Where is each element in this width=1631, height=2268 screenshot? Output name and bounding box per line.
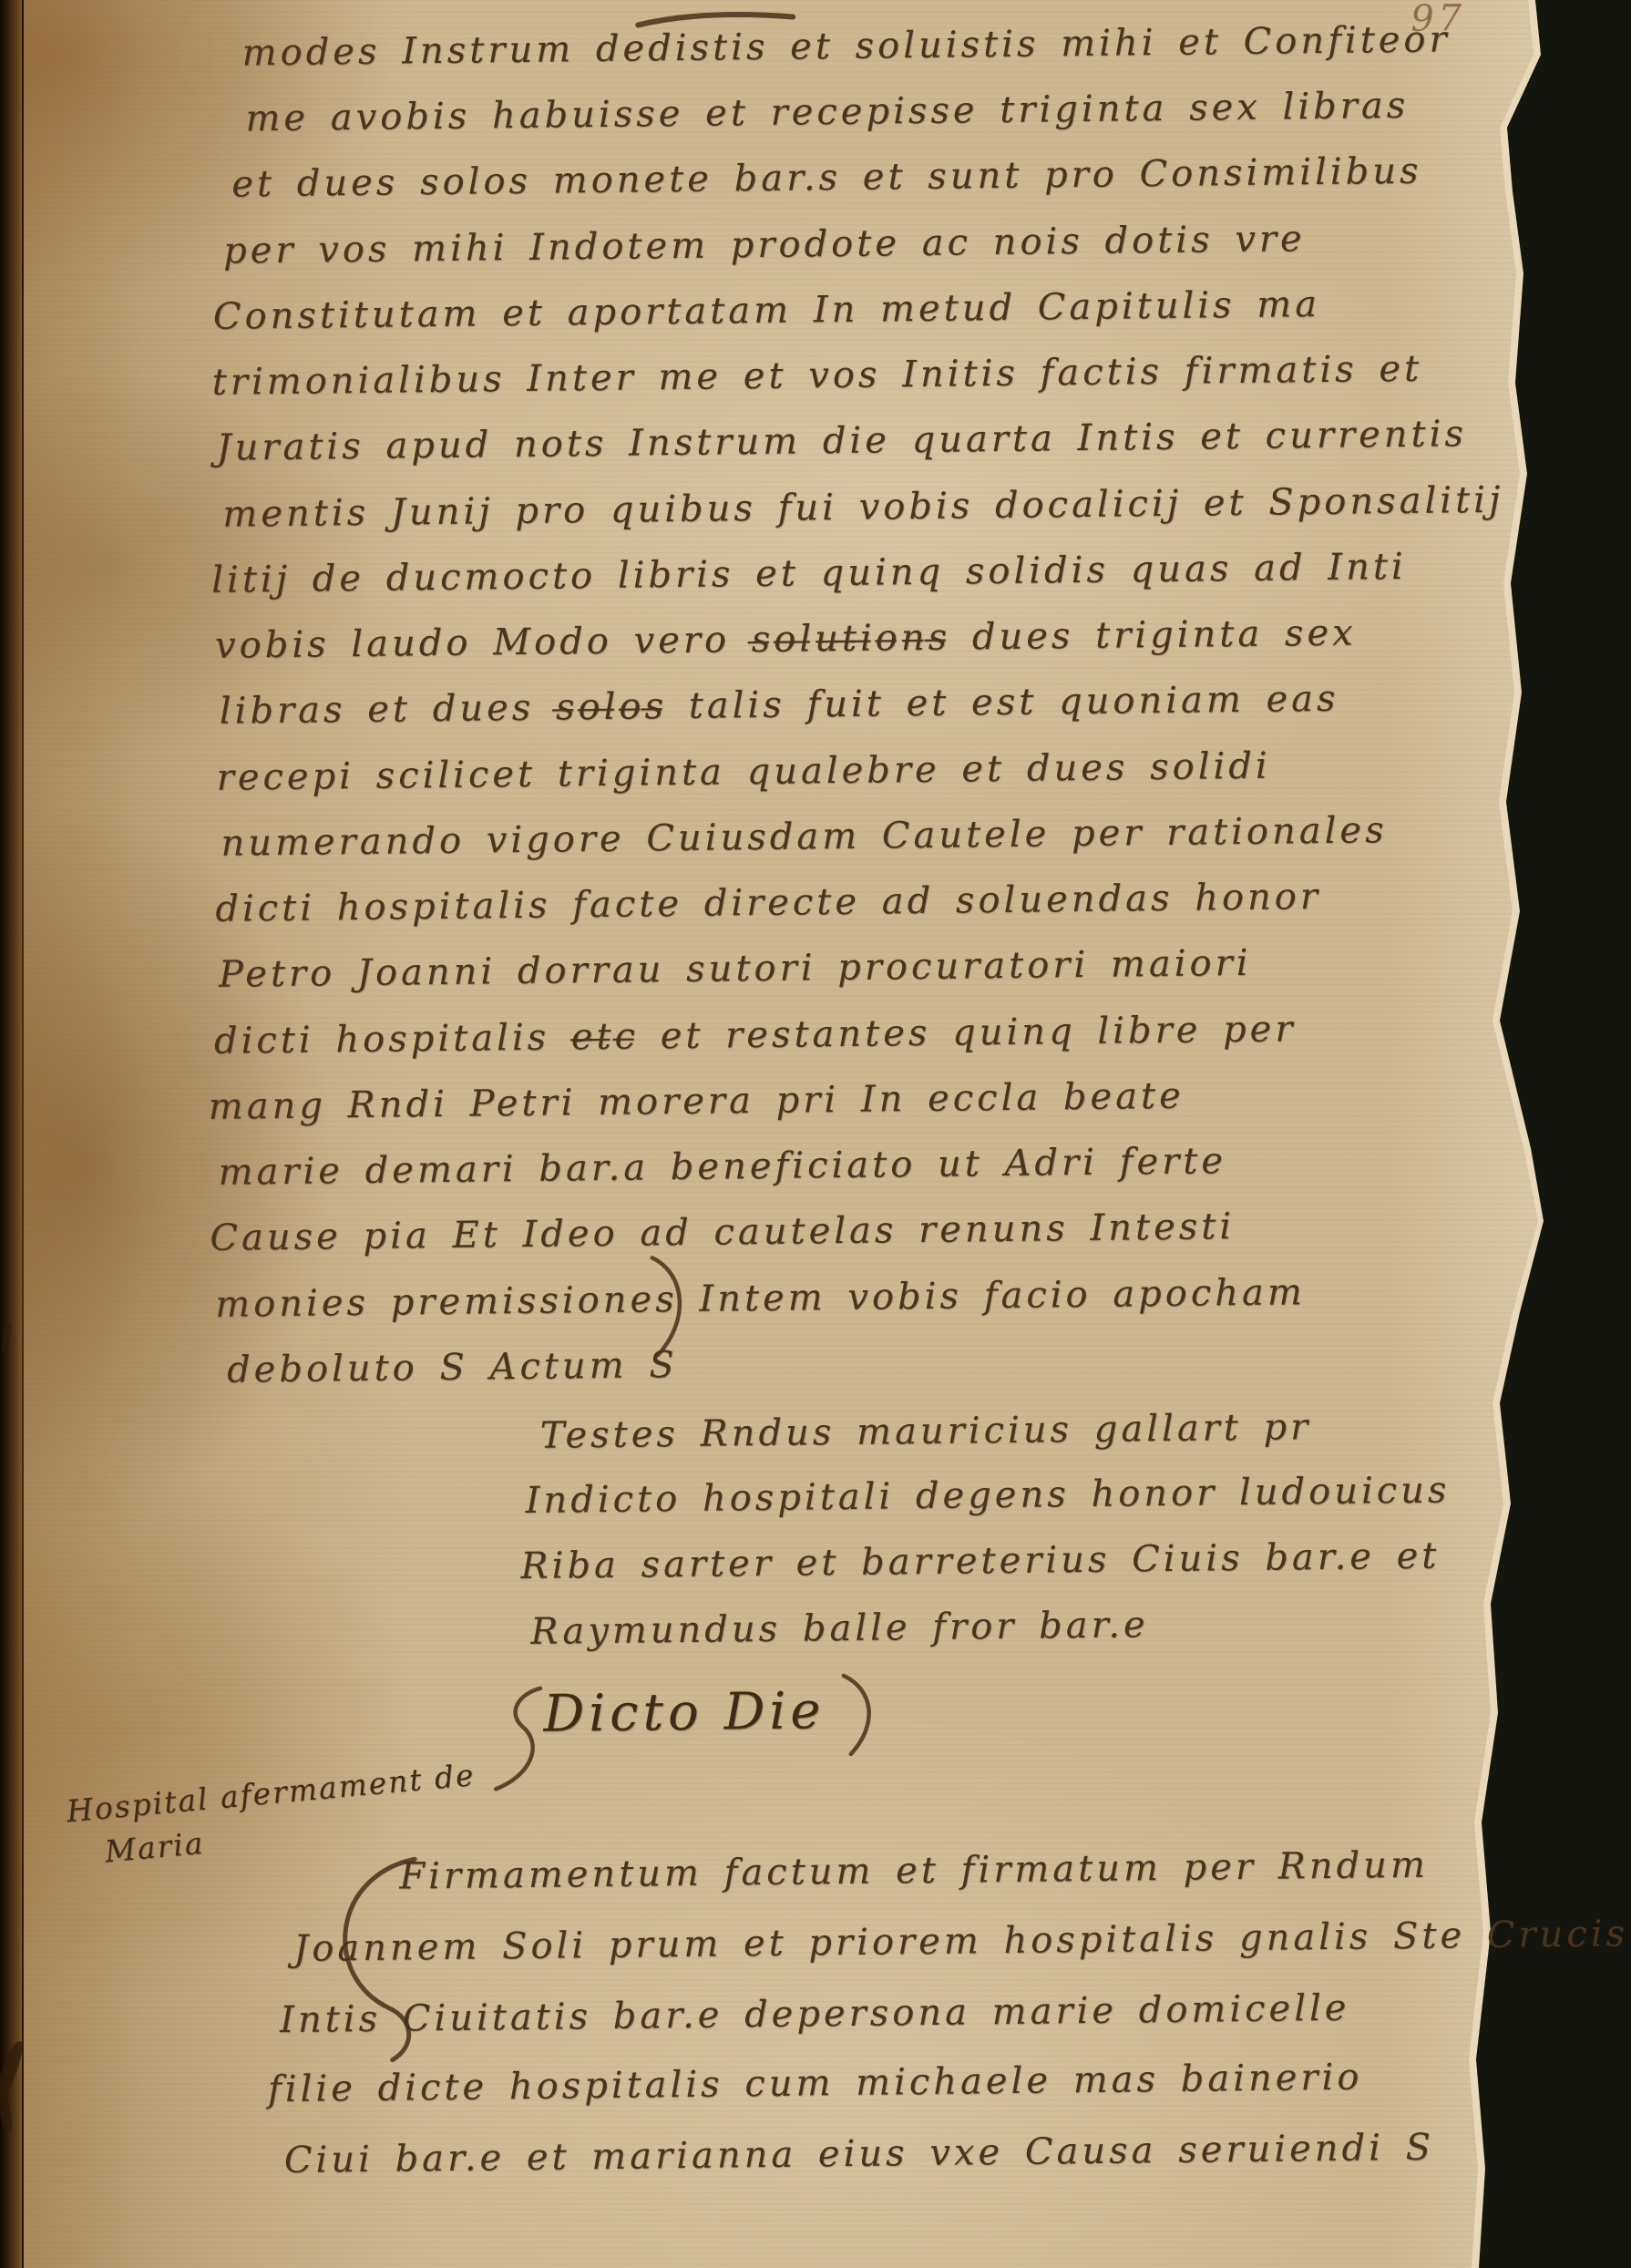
manuscript-line: monies premissiones Intem vobis facio ap… bbox=[215, 1271, 1306, 1326]
overline-flourish bbox=[638, 14, 793, 25]
manuscript-line: dicti hospitalis e̶t̶c̶ et restantes qui… bbox=[214, 1008, 1297, 1062]
manuscript-line: Ciui bar.e et marianna eius vxe Causa se… bbox=[284, 2127, 1435, 2181]
manuscript-line: Cause pia Et Ideo ad cautelas renuns Int… bbox=[210, 1206, 1235, 1259]
manuscript-line: litij de ducmocto libris et quinq solidi… bbox=[211, 546, 1407, 601]
manuscript-line: dicti hospitalis facte directe ad soluen… bbox=[215, 876, 1321, 930]
manuscript-line: Constitutam et aportatam In metud Capitu… bbox=[213, 283, 1321, 338]
manuscript-line: Petro Joanni dorrau sutori procuratori m… bbox=[219, 942, 1252, 996]
dicto-die-closing-swash bbox=[844, 1676, 869, 1754]
manuscript-line: vobis laudo Modo vero s̶o̶l̶u̶t̶i̶o̶n̶s̶… bbox=[215, 612, 1357, 667]
section-heading-dicto-die: Dicto Die bbox=[543, 1681, 826, 1744]
manuscript-line: numerando vigore Cuiusdam Cautele per ra… bbox=[221, 809, 1388, 865]
manuscript-line: trimonialibus Inter me et vos Initis fac… bbox=[211, 348, 1422, 404]
manuscript-line: modes Instrum dedistis et soluistis mihi… bbox=[241, 18, 1450, 74]
witness-line: Raymundus balle fror bar.e bbox=[530, 1604, 1149, 1653]
witness-line: Testes Rndus mauricius gallart pr bbox=[540, 1406, 1312, 1457]
manuscript-line: recepi scilicet triginta qualebre et due… bbox=[216, 745, 1271, 799]
manuscript-line: Intis Ciuitatis bar.e depersona marie do… bbox=[280, 1987, 1350, 2041]
manuscript-line: mang Rndi Petri morera pri In eccla beat… bbox=[209, 1075, 1185, 1128]
witness-block: Testes Rndus mauricius gallart prIndicto… bbox=[0, 0, 1631, 3]
main-text-block: modes Instrum dedistis et soluistis mihi… bbox=[0, 0, 1631, 3]
witness-line: Indicto hospitali degens honor ludouicus bbox=[525, 1469, 1450, 1522]
margin-note-line: Hospital afermament de bbox=[65, 1757, 477, 1829]
manuscript-line: deboluto S Actum S bbox=[227, 1344, 678, 1391]
manuscript-line: Joannem Soli prum et priorem hospitalis … bbox=[293, 1913, 1628, 1970]
manuscript-line: per vos mihi Indotem prodote ac nois dot… bbox=[223, 218, 1306, 272]
manuscript-photo: 97 modes Instrum dedistis et soluistis m… bbox=[0, 0, 1631, 2268]
manuscript-line: Firmamentum factum et firmatum per Rndum bbox=[399, 1844, 1429, 1898]
margin-note-line: Maria bbox=[103, 1825, 206, 1870]
margin-note: Hospital afermament de Maria bbox=[0, 0, 1631, 3]
second-paragraph-block: Firmamentum factum et firmatum per Rndum… bbox=[0, 0, 1631, 3]
dicto-die-opening-swash bbox=[495, 1688, 541, 1790]
manuscript-line: Juratis apud nots Instrum die quarta Int… bbox=[216, 413, 1467, 469]
manuscript-line: libras et dues s̶o̶l̶o̶s̶ talis fuit et … bbox=[220, 678, 1339, 733]
witness-line: Riba sarter et barreterius Ciuis bar.e e… bbox=[520, 1535, 1440, 1587]
manuscript-line: filie dicte hospitalis cum michaele mas … bbox=[268, 2057, 1363, 2111]
manuscript-line: me avobis habuisse et recepisse triginta… bbox=[245, 85, 1409, 139]
manuscript-line: et dues solos monete bar.s et sunt pro C… bbox=[231, 150, 1422, 206]
manuscript-line: mentis Junij pro quibus fui vobis docali… bbox=[222, 479, 1503, 536]
handwriting-layer: 97 modes Instrum dedistis et soluistis m… bbox=[0, 0, 1631, 2268]
manuscript-line: marie demari bar.a beneficiato ut Adri f… bbox=[218, 1140, 1226, 1194]
